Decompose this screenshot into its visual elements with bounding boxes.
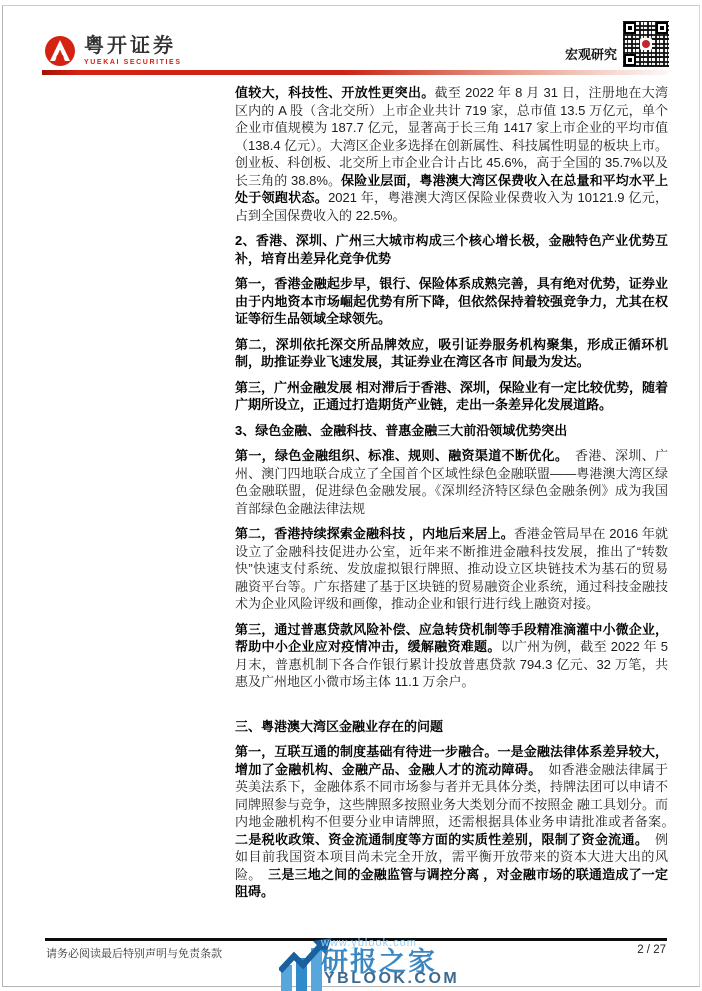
qr-center-logo-icon bbox=[640, 38, 652, 50]
brand-text: 粤开证券 YUEKAI SECURITIES bbox=[84, 35, 182, 66]
watermark-url: www.yblook.com bbox=[321, 937, 417, 949]
heading-three-growth-poles: 2、香港、深圳、广州三大城市构成三个核心增长极，金融特色产业优势互补，培育出差异… bbox=[235, 232, 668, 267]
qr-finder-icon bbox=[624, 22, 636, 34]
para-fintech: 第二，香港持续探索金融科技 ，内地后来居上。香港金管局早在 2016 年就设立了… bbox=[235, 525, 668, 613]
page-number: 2 / 27 bbox=[637, 944, 666, 956]
qr-code bbox=[623, 21, 669, 67]
header-divider bbox=[42, 70, 668, 75]
brand-name-en: YUEKAI SECURITIES bbox=[84, 59, 182, 66]
qr-finder-icon bbox=[624, 54, 636, 66]
qr-finder-icon bbox=[656, 22, 668, 34]
footer-disclaimer: 请务必阅读最后特别声明与免责条款 bbox=[46, 945, 222, 961]
heading-problems: 三、粤港澳大湾区金融业存在的问题 bbox=[235, 718, 668, 736]
report-body: 值较大，科技性、开放性更突出。截至 2022 年 8 月 31 日，注册地在大湾… bbox=[235, 84, 668, 909]
para-inclusive-finance: 第三，通过普惠贷款风险补偿、应急转贷机制等手段精准滴灌中小微企业，帮助中小企业应… bbox=[235, 621, 668, 691]
para-green-finance: 第一，绿色金融组织、标准、规则、融资渠道不断优化。 香港、深圳、广州、澳门四地联… bbox=[235, 447, 668, 517]
para-interconnection-problems: 第一，互联互通的制度基础有待进一步融合。一是金融法律体系差异较大，增加了金融机构… bbox=[235, 743, 668, 901]
para-listing-insurance-overview: 值较大，科技性、开放性更突出。截至 2022 年 8 月 31 日，注册地在大湾… bbox=[235, 84, 668, 224]
para-hongkong: 第一，香港金融起步早，银行、保险体系成熟完善，具有绝对优势，证券业由于内地资本市… bbox=[235, 275, 668, 328]
para-shenzhen: 第二，深圳依托深交所品牌效应，吸引证券服务机构聚集，形成正循环机制，助推证券业飞… bbox=[235, 336, 668, 371]
brand-logo: 粤开证券 YUEKAI SECURITIES bbox=[44, 35, 182, 67]
yuekai-emblem-icon bbox=[44, 35, 76, 67]
watermark: www.yblook.com 研报之家 YBLOOK.COM bbox=[279, 933, 489, 991]
heading-frontier-fields: 3、绿色金融、金融科技、普惠金融三大前沿领域优势突出 bbox=[235, 422, 668, 440]
brand-name-cn: 粤开证券 bbox=[84, 35, 182, 57]
header-right: 宏观研究 bbox=[565, 21, 669, 67]
report-category-label: 宏观研究 bbox=[565, 44, 617, 63]
para-guangzhou: 第三，广州金融发展 相对滞后于香港、深圳，保险业有一定比较优势，随着广期所设立，… bbox=[235, 379, 668, 414]
watermark-domain: YBLOOK.COM bbox=[324, 970, 459, 988]
report-page: 粤开证券 YUEKAI SECURITIES 宏观研究 值较大，科技性、开放性更… bbox=[0, 0, 702, 991]
